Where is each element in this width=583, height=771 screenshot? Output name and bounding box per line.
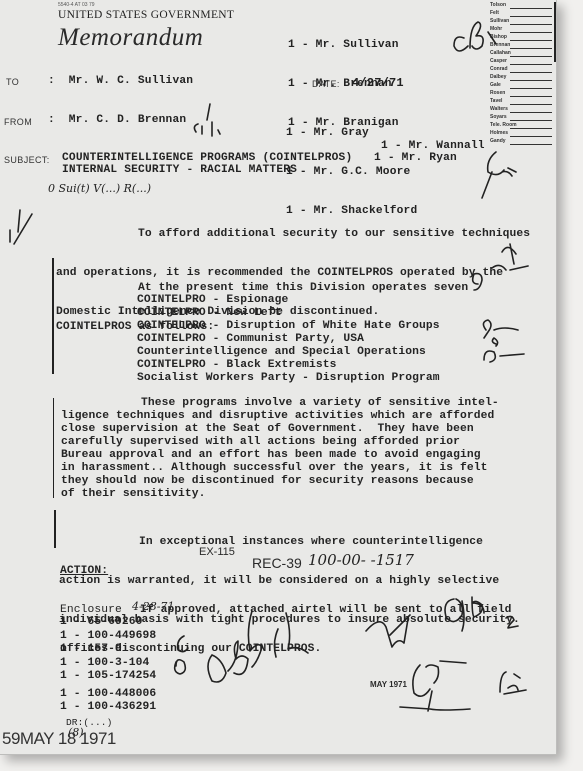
file-number: 100-00- -1517 xyxy=(308,551,414,569)
to-value: : Mr. W. C. Sullivan xyxy=(48,75,193,87)
program-item: COINTELPRO - Communist Party, USA xyxy=(137,333,440,346)
handwritten-mark xyxy=(168,630,208,680)
routing-line xyxy=(510,144,552,145)
paragraph-line: Bureau approval and an effort has been m… xyxy=(61,449,499,462)
program-item: COINTELPRO - Espionage xyxy=(137,294,440,307)
routing-row: Conrad xyxy=(490,66,552,74)
enclosure-list: 1 - 65-692601 - 100-4496981 - 157-91 - 1… xyxy=(60,616,156,715)
ex-stamp: EX-115 xyxy=(199,546,235,558)
routing-name: Soyars xyxy=(490,114,507,120)
routing-row: Soyars xyxy=(490,114,552,122)
margin-mark xyxy=(4,206,44,246)
paragraph-line: they should now be discontinued for secu… xyxy=(61,475,499,488)
routing-row: Dalbey xyxy=(490,74,552,82)
routing-row: Casper xyxy=(490,58,552,66)
distribution-item: 1 - Mr. Sullivan xyxy=(288,39,399,52)
from-value: : Mr. C. D. Brennan xyxy=(48,114,186,126)
margin-bracket xyxy=(54,510,56,548)
routing-name: Walters xyxy=(490,106,508,112)
classification-note: 0 Sui(t) V(...) R(...) xyxy=(48,182,151,195)
form-code: 5540-4 AT 03 79 xyxy=(58,2,95,8)
memo-page: 5540-4 AT 03 79 UNITED STATES GOVERNMENT… xyxy=(0,0,557,755)
routing-name: Gale xyxy=(490,82,501,88)
routing-name: Gandy xyxy=(490,138,506,144)
paragraph-line: ligence techniques and disruptive activi… xyxy=(61,410,499,423)
program-list: COINTELPRO - EspionageCOINTELPRO - New L… xyxy=(137,294,440,385)
approval-signatures xyxy=(360,595,510,715)
paragraph-line: In exceptional instances where counterin… xyxy=(59,536,520,549)
action-label: ACTION: xyxy=(60,565,108,578)
routing-bracket xyxy=(554,2,556,62)
program-item: COINTELPRO - Disruption of White Hate Gr… xyxy=(137,320,440,333)
handwritten-signature xyxy=(200,605,320,695)
program-item: Socialist Workers Party - Disruption Pro… xyxy=(137,372,440,385)
handwritten-initials xyxy=(478,150,528,200)
margin-bracket xyxy=(52,258,54,374)
routing-row: Holmes xyxy=(490,130,552,138)
paragraph-line: carefully supervised with all actions be… xyxy=(61,436,499,449)
routing-name: Tavel xyxy=(490,98,502,104)
routing-row: Tele. Room xyxy=(490,122,552,130)
paragraph-line: in harassment.. Although successful over… xyxy=(61,462,499,475)
paragraph-line: close supervision at the Seat of Governm… xyxy=(61,423,499,436)
routing-row: Rosen xyxy=(490,90,552,98)
subject-label: SUBJECT: xyxy=(4,155,50,165)
margin-bracket xyxy=(53,398,54,498)
enclosure-item: 1 - 100-3-104 xyxy=(60,657,156,671)
date-value: 4/27/71 xyxy=(352,76,404,90)
enclosure-item: 1 - 65-69260 xyxy=(60,616,156,630)
paragraph-line: These programs involve a variety of sens… xyxy=(61,397,499,410)
routing-row: Walters xyxy=(490,106,552,114)
routing-name: Felt xyxy=(490,10,499,16)
program-item: Counterintelligence and Special Operatio… xyxy=(137,346,440,359)
routing-name: Holmes xyxy=(490,130,508,136)
routing-row: Felt xyxy=(490,10,552,18)
received-stamp: 59MAY 18 1971 xyxy=(2,729,116,749)
routing-row: Gandy xyxy=(490,138,552,146)
routing-row: Gale xyxy=(490,82,552,90)
paragraph-line: To afford additional security to our sen… xyxy=(56,228,530,241)
subject-line-1: COUNTERINTELLIGENCE PROGRAMS (COINTELPRO… xyxy=(62,152,352,164)
program-item: COINTELPRO - Black Extremists xyxy=(137,359,440,372)
margin-mark xyxy=(500,610,530,634)
enclosure-item: 1 - 105-174254 xyxy=(60,670,156,684)
enclosure-date: 4-28-71 xyxy=(132,600,174,613)
enclosure-item: 1 - 100-436291 xyxy=(60,701,156,715)
distribution-item: 1 - Mr. Ryan xyxy=(374,152,457,164)
distribution-item: 1 - Mr. G.C. Moore xyxy=(286,166,417,179)
margin-handwriting xyxy=(470,240,550,370)
enclosure-item: 1 - 100-449698 xyxy=(60,630,156,644)
paragraph-line: of their sensitivity. xyxy=(61,488,499,501)
routing-row: Tolson xyxy=(490,2,552,10)
routing-name: Dalbey xyxy=(490,74,506,80)
rec-stamp: REC-39 xyxy=(252,555,302,571)
distribution-item: 1 - Mr. Gray xyxy=(286,127,417,140)
handwritten-mark xyxy=(188,104,228,138)
to-label: TO xyxy=(6,77,19,87)
subject-line-2: INTERNAL SECURITY - RACIAL MATTERS xyxy=(62,164,297,176)
date-label: DATE: xyxy=(312,79,340,89)
handwritten-initials xyxy=(494,660,534,700)
routing-name: Conrad xyxy=(490,66,508,72)
from-label: FROM xyxy=(4,117,32,127)
paragraph-3: These programs involve a variety of sens… xyxy=(61,397,499,501)
routing-name: Casper xyxy=(490,58,507,64)
program-item: COINTELPRO - New Left xyxy=(137,307,440,320)
cdb-initials-signature xyxy=(450,18,510,58)
enclosure-item: 1 - 100-448006 xyxy=(60,688,156,702)
routing-name: Rosen xyxy=(490,90,505,96)
routing-name: Tolson xyxy=(490,2,506,8)
memo-title: Memorandum xyxy=(58,24,203,52)
enclosure-item: 1 - 157-9 xyxy=(60,643,156,657)
distribution-item: 1 - Mr. Wannall xyxy=(381,140,485,152)
agency-header: UNITED STATES GOVERNMENT xyxy=(58,9,234,21)
routing-row: Tavel xyxy=(490,98,552,106)
